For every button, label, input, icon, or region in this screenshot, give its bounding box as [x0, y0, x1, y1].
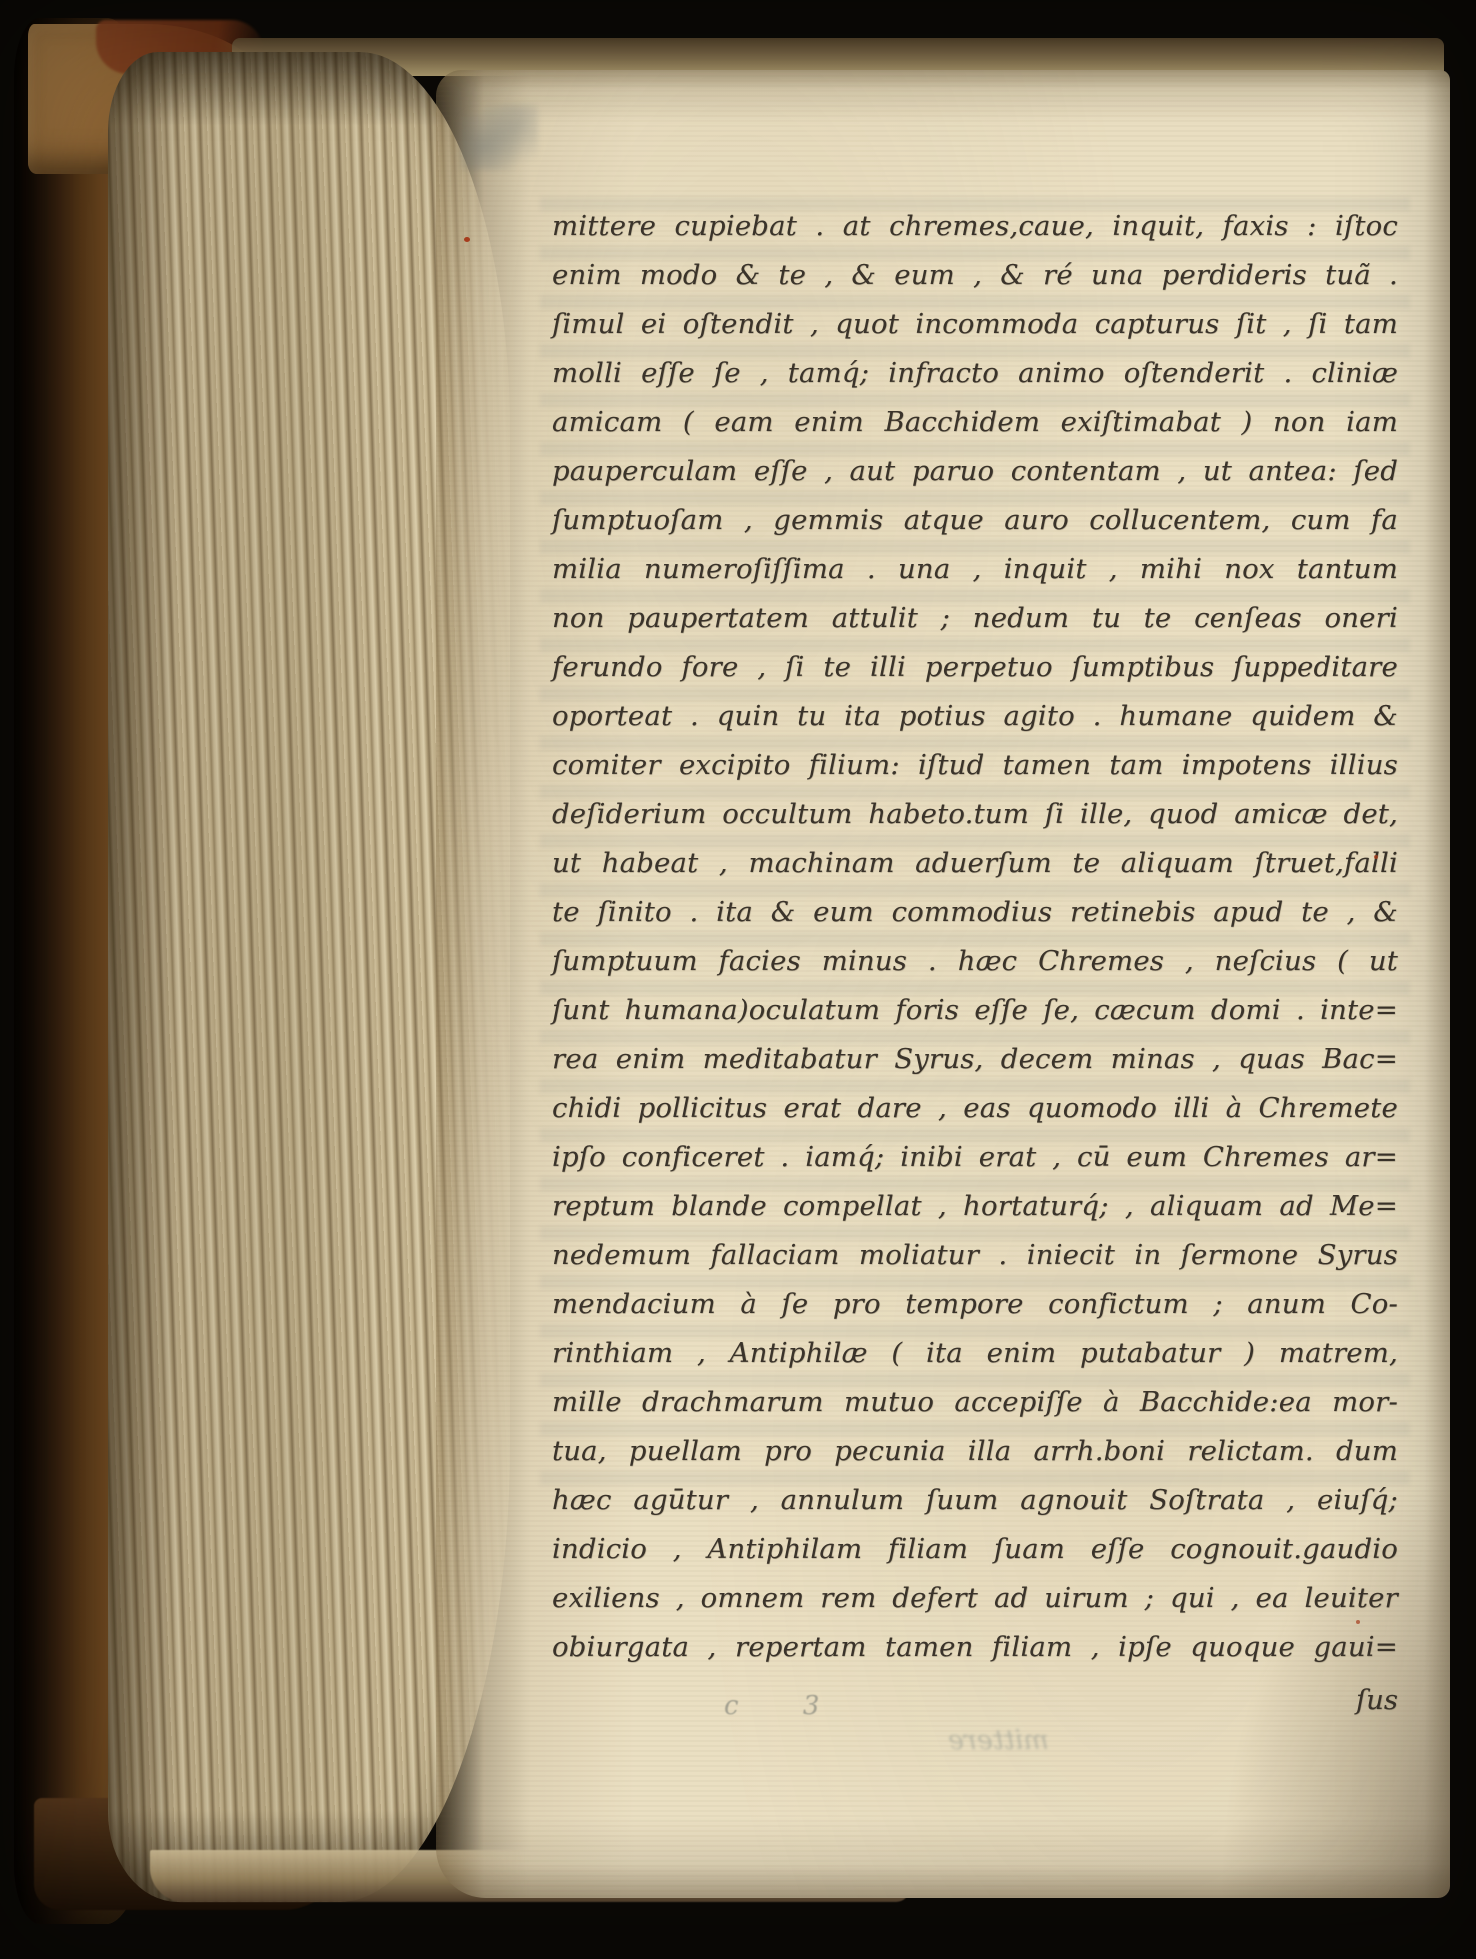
red-ink-speck: [464, 237, 470, 242]
book-scan-photo: mittere cupiebat . at chremes,caue, inqu…: [0, 0, 1476, 1959]
text-line: reptum blande compellat , hortaturq́; , …: [552, 1182, 1398, 1231]
text-line: milia numeroſiſſima . una , inquit , mih…: [552, 545, 1398, 594]
text-line: rea enim meditabatur Syrus, decem minas …: [552, 1035, 1398, 1084]
text-line: chidi pollicitus erat dare , eas quomodo…: [552, 1084, 1398, 1133]
text-line: nedemum fallaciam moliatur . iniecit in …: [552, 1231, 1398, 1280]
text-line: ipſo conficeret . iamq́; inibi erat , cū…: [552, 1133, 1398, 1182]
text-line: ſunt humana)oculatum foris eſſe ſe, cæcu…: [552, 986, 1398, 1035]
text-line: rinthiam , Antiphilæ ( ita enim putabatu…: [552, 1329, 1398, 1378]
text-line: ſumptuum facies minus . hæc Chremes , ne…: [552, 937, 1398, 986]
red-ink-speck: [1374, 855, 1378, 859]
text-line: mendacium à ſe pro tempore confictum ; a…: [552, 1280, 1398, 1329]
text-line: indicio , Antiphilam filiam ſuam eſſe co…: [552, 1525, 1398, 1574]
catchword: ſus: [552, 1676, 1398, 1725]
text-line: non paupertatem attulit ; nedum tu te ce…: [552, 594, 1398, 643]
text-line: deſiderium occultum habeto.tum ſi ille, …: [552, 790, 1398, 839]
text-line: enim modo & te , & eum , & ré una perdid…: [552, 251, 1398, 300]
text-line: mittere cupiebat . at chremes,caue, inqu…: [552, 202, 1398, 251]
text-line: ſimul ei oſtendit , quot incommoda captu…: [552, 300, 1398, 349]
text-line: amicam ( eam enim Bacchidem exiſtimabat …: [552, 398, 1398, 447]
text-line: molli eſſe ſe , tamq́; infracto animo oſ…: [552, 349, 1398, 398]
text-line: obiurgata , repertam tamen filiam , ipſe…: [552, 1623, 1398, 1672]
text-line: te ſinito . ita & eum commodius retinebi…: [552, 888, 1398, 937]
text-line: comiter excipito filium: iſtud tamen tam…: [552, 741, 1398, 790]
text-line: ferundo fore , ſi te illi perpetuo ſumpt…: [552, 643, 1398, 692]
ghost-folio-number-smudge: [460, 104, 538, 170]
text-line: hæc agūtur , annulum ſuum agnouit Soſtra…: [552, 1476, 1398, 1525]
text-line: ſumptuoſam , gemmis atque auro collucent…: [552, 496, 1398, 545]
red-ink-speck: [1356, 1620, 1360, 1624]
text-line: exiliens , omnem rem defert ad uirum ; q…: [552, 1574, 1398, 1623]
text-line: pauperculam eſſe , aut paruo contentam ,…: [552, 447, 1398, 496]
printed-text-block: mittere cupiebat . at chremes,caue, inqu…: [552, 202, 1398, 1672]
text-line: tua, puellam pro pecunia illa arrh.boni …: [552, 1427, 1398, 1476]
text-line: ut habeat , machinam aduerſum te aliquam…: [552, 839, 1398, 888]
text-line: oporteat . quin tu ita potius agito . hu…: [552, 692, 1398, 741]
text-line: mille drachmarum mutuo accepiſſe à Bacch…: [552, 1378, 1398, 1427]
